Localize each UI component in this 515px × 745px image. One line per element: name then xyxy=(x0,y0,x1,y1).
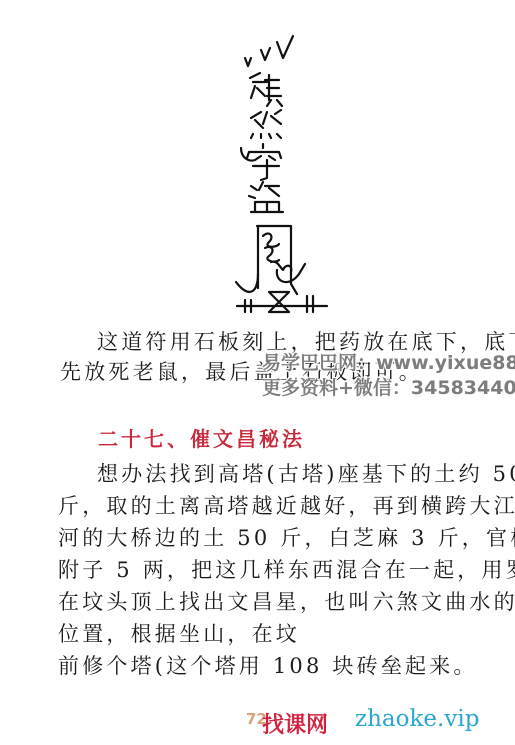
section-line: 河的大桥边的土 50 斤，白芝麻 3 斤，官桂 5 两， xyxy=(58,522,515,552)
talisman-drawing xyxy=(225,30,335,320)
watermark-zhaoke-cn: 找课网 xyxy=(262,708,328,739)
section-line: 想办法找到高塔(古塔)座基下的土约 50 xyxy=(97,458,515,488)
section-line: 斤，取的土离高塔越近越好，再到横跨大江大 xyxy=(58,490,515,520)
section-line: 在坟头顶上找出文昌星，也叫六煞文曲水的 xyxy=(58,586,515,616)
section-heading: 二十七、催文昌秘法 xyxy=(98,423,305,452)
watermark-wechat: 更多资料+微信：3458344044 xyxy=(262,373,515,400)
section-line: 位置，根据坐山，在坟 xyxy=(58,618,300,648)
section-line: 前修个塔(这个塔用 108 块砖垒起来。 xyxy=(58,650,478,680)
watermark-zhaoke-en: zhaoke.vip xyxy=(355,706,479,732)
section-line: 附子 5 两，把这几样东西混合在一起，用罗盘 xyxy=(58,554,515,584)
watermark-site: 易学巴巴网：www.yixue88.cn xyxy=(262,348,515,375)
document-page: 这道符用石板刻上，把药放在底下，底下 先放死老鼠，最后盖上石板即可。 易学巴巴网… xyxy=(0,0,515,745)
